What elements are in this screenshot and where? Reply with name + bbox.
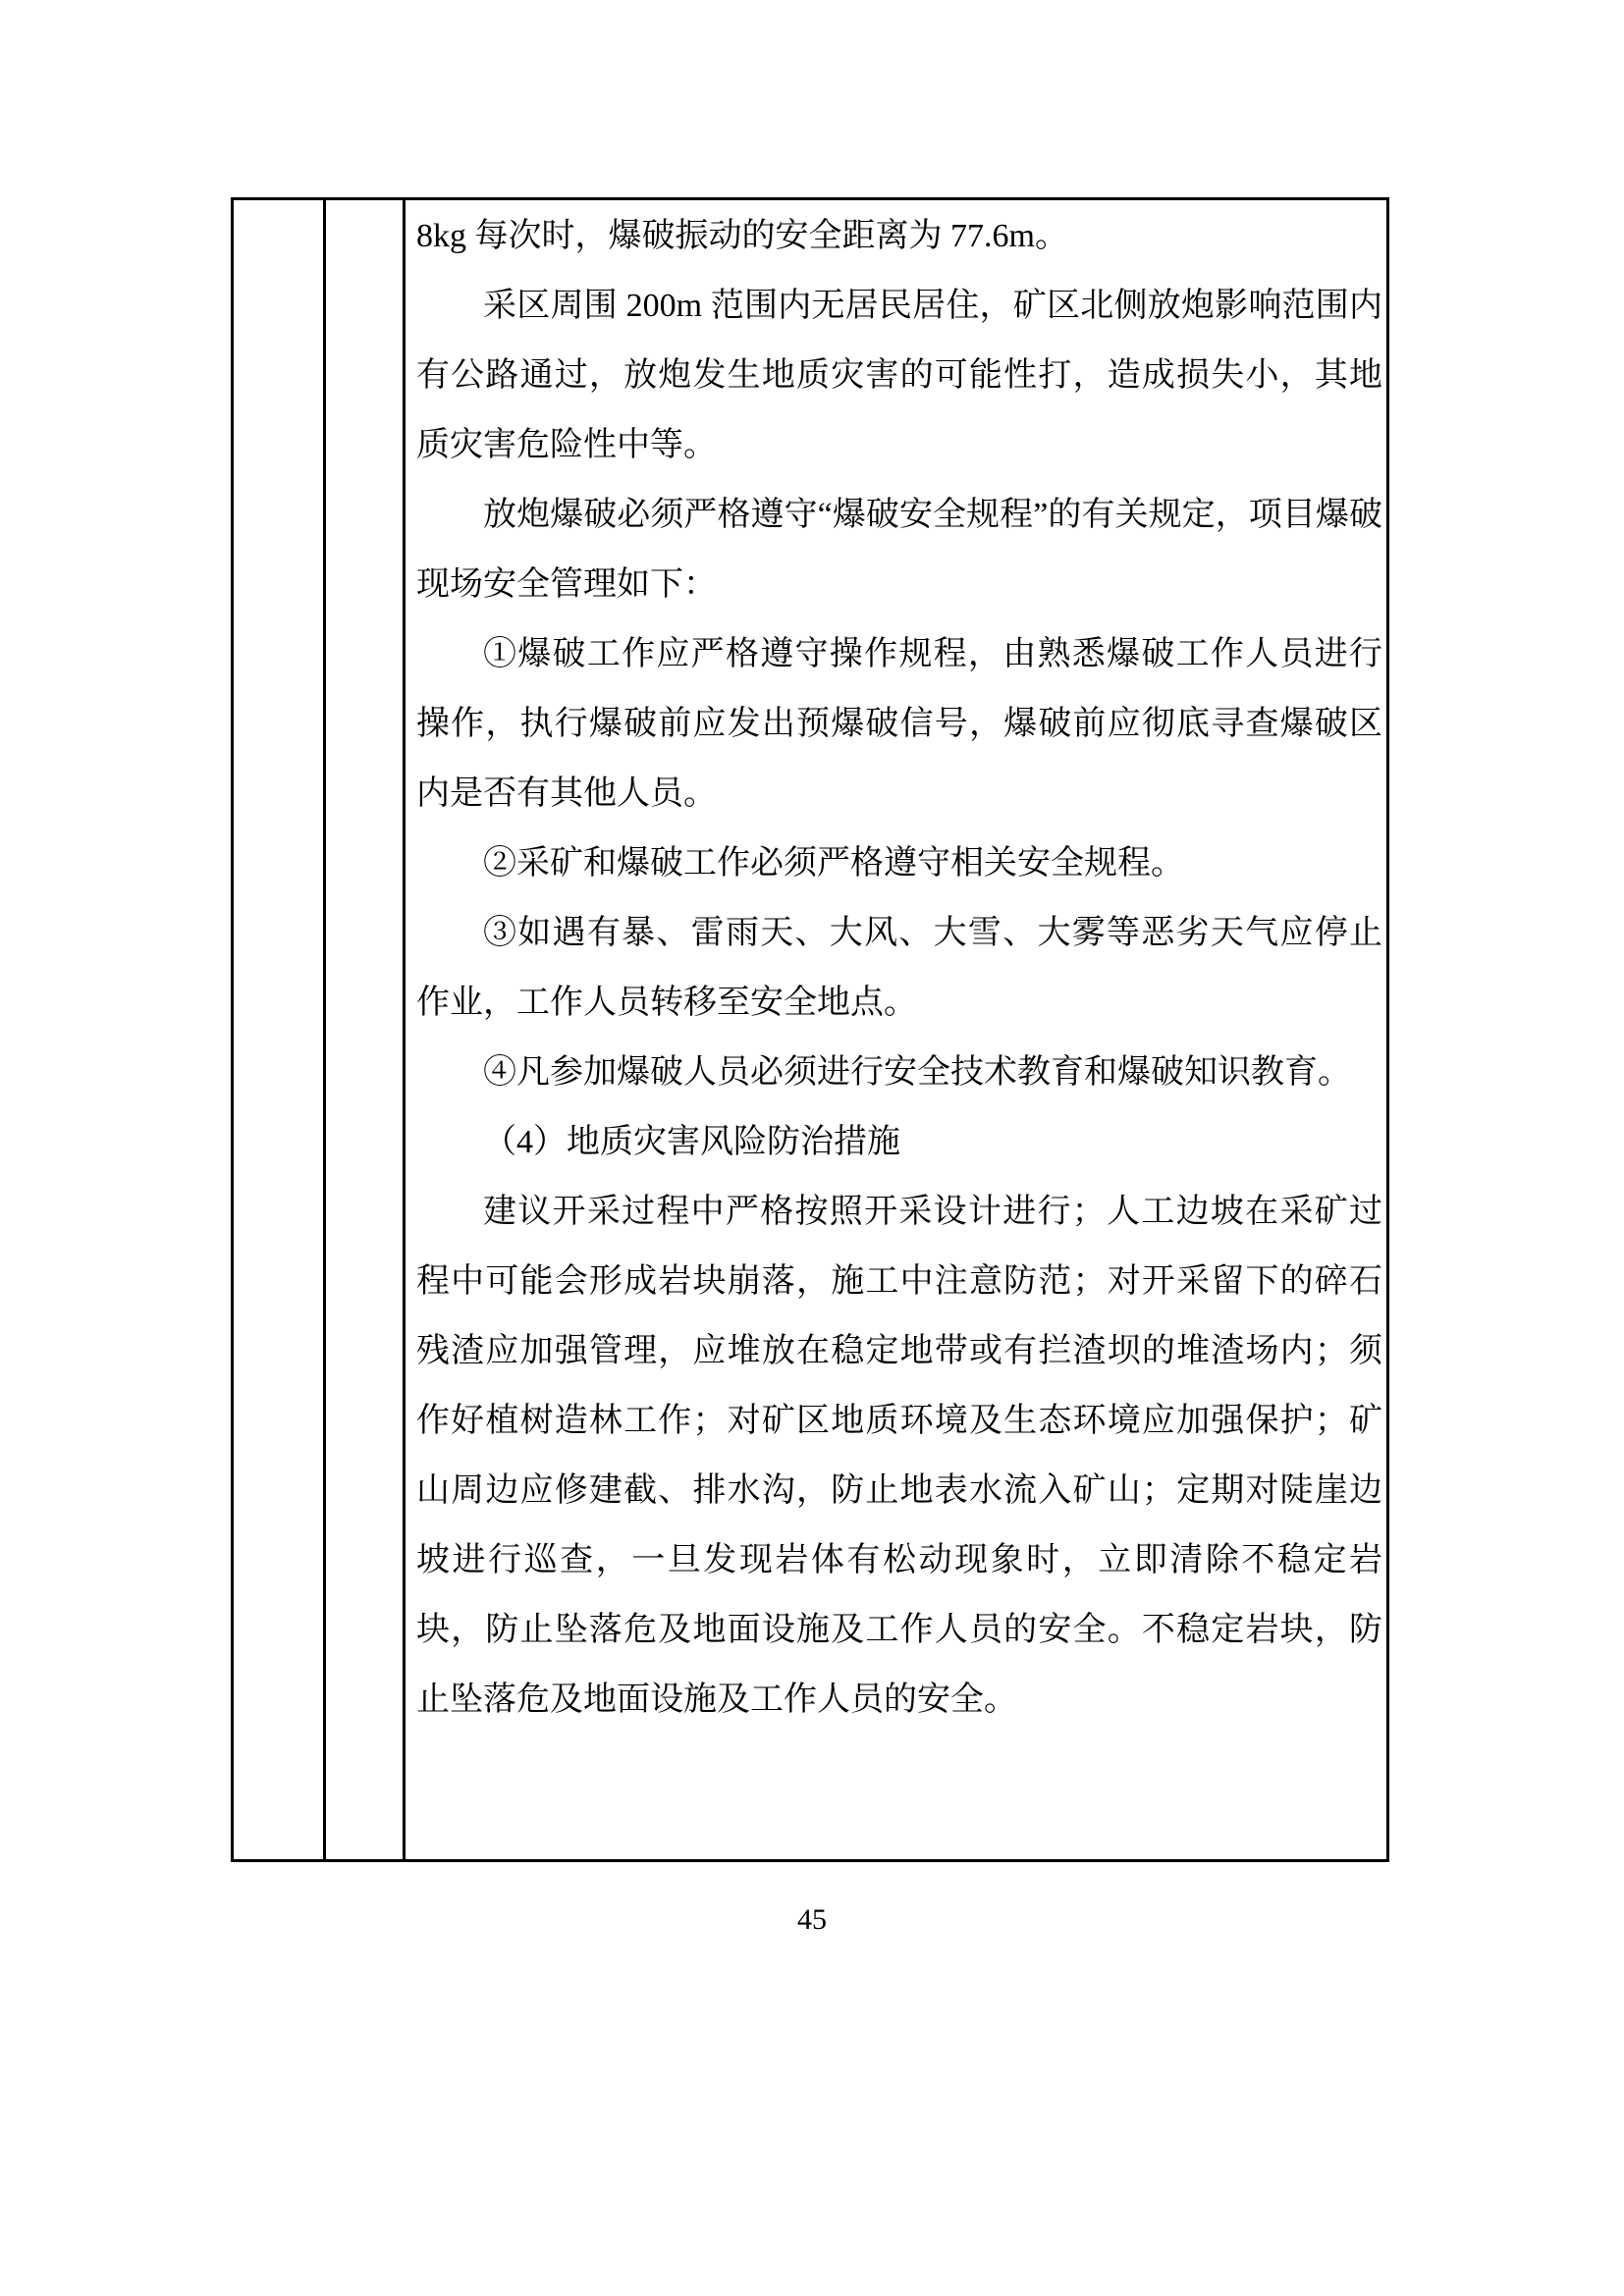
paragraph: ③如遇有暴、雷雨天、大风、大雪、大雾等恶劣天气应停止作业，工作人员转移至安全地点… [416, 898, 1382, 1038]
table-cell-middle-empty [326, 200, 406, 1859]
paragraph: （4）地质灾害风险防治措施 [416, 1107, 1382, 1177]
paragraph: 建议开采过程中严格按照开采设计进行；人工边坡在采矿过程中可能会形成岩块崩落，施工… [416, 1177, 1382, 1735]
page-number: 45 [0, 1902, 1624, 1938]
paragraph: 8kg 每次时，爆破振动的安全距离为 77.6m。 [416, 201, 1382, 271]
paragraph: 采区周围 200m 范围内无居民居住，矿区北侧放炮影响范围内有公路通过，放炮发生… [416, 271, 1382, 480]
paragraph: ①爆破工作应严格遵守操作规程，由熟悉爆破工作人员进行操作，执行爆破前应发出预爆破… [416, 619, 1382, 828]
paragraph: ④凡参加爆破人员必须进行安全技术教育和爆破知识教育。 [416, 1038, 1382, 1107]
table-cell-left-empty [234, 200, 326, 1859]
document-page: 8kg 每次时，爆破振动的安全距离为 77.6m。 采区周围 200m 范围内无… [0, 0, 1624, 2296]
content-table: 8kg 每次时，爆破振动的安全距离为 77.6m。 采区周围 200m 范围内无… [231, 197, 1389, 1862]
paragraph: ②采矿和爆破工作必须严格遵守相关安全规程。 [416, 828, 1382, 898]
table-cell-body-text: 8kg 每次时，爆破振动的安全距离为 77.6m。 采区周围 200m 范围内无… [406, 200, 1386, 1859]
paragraph: 放炮爆破必须严格遵守“爆破安全规程”的有关规定，项目爆破现场安全管理如下： [416, 480, 1382, 619]
